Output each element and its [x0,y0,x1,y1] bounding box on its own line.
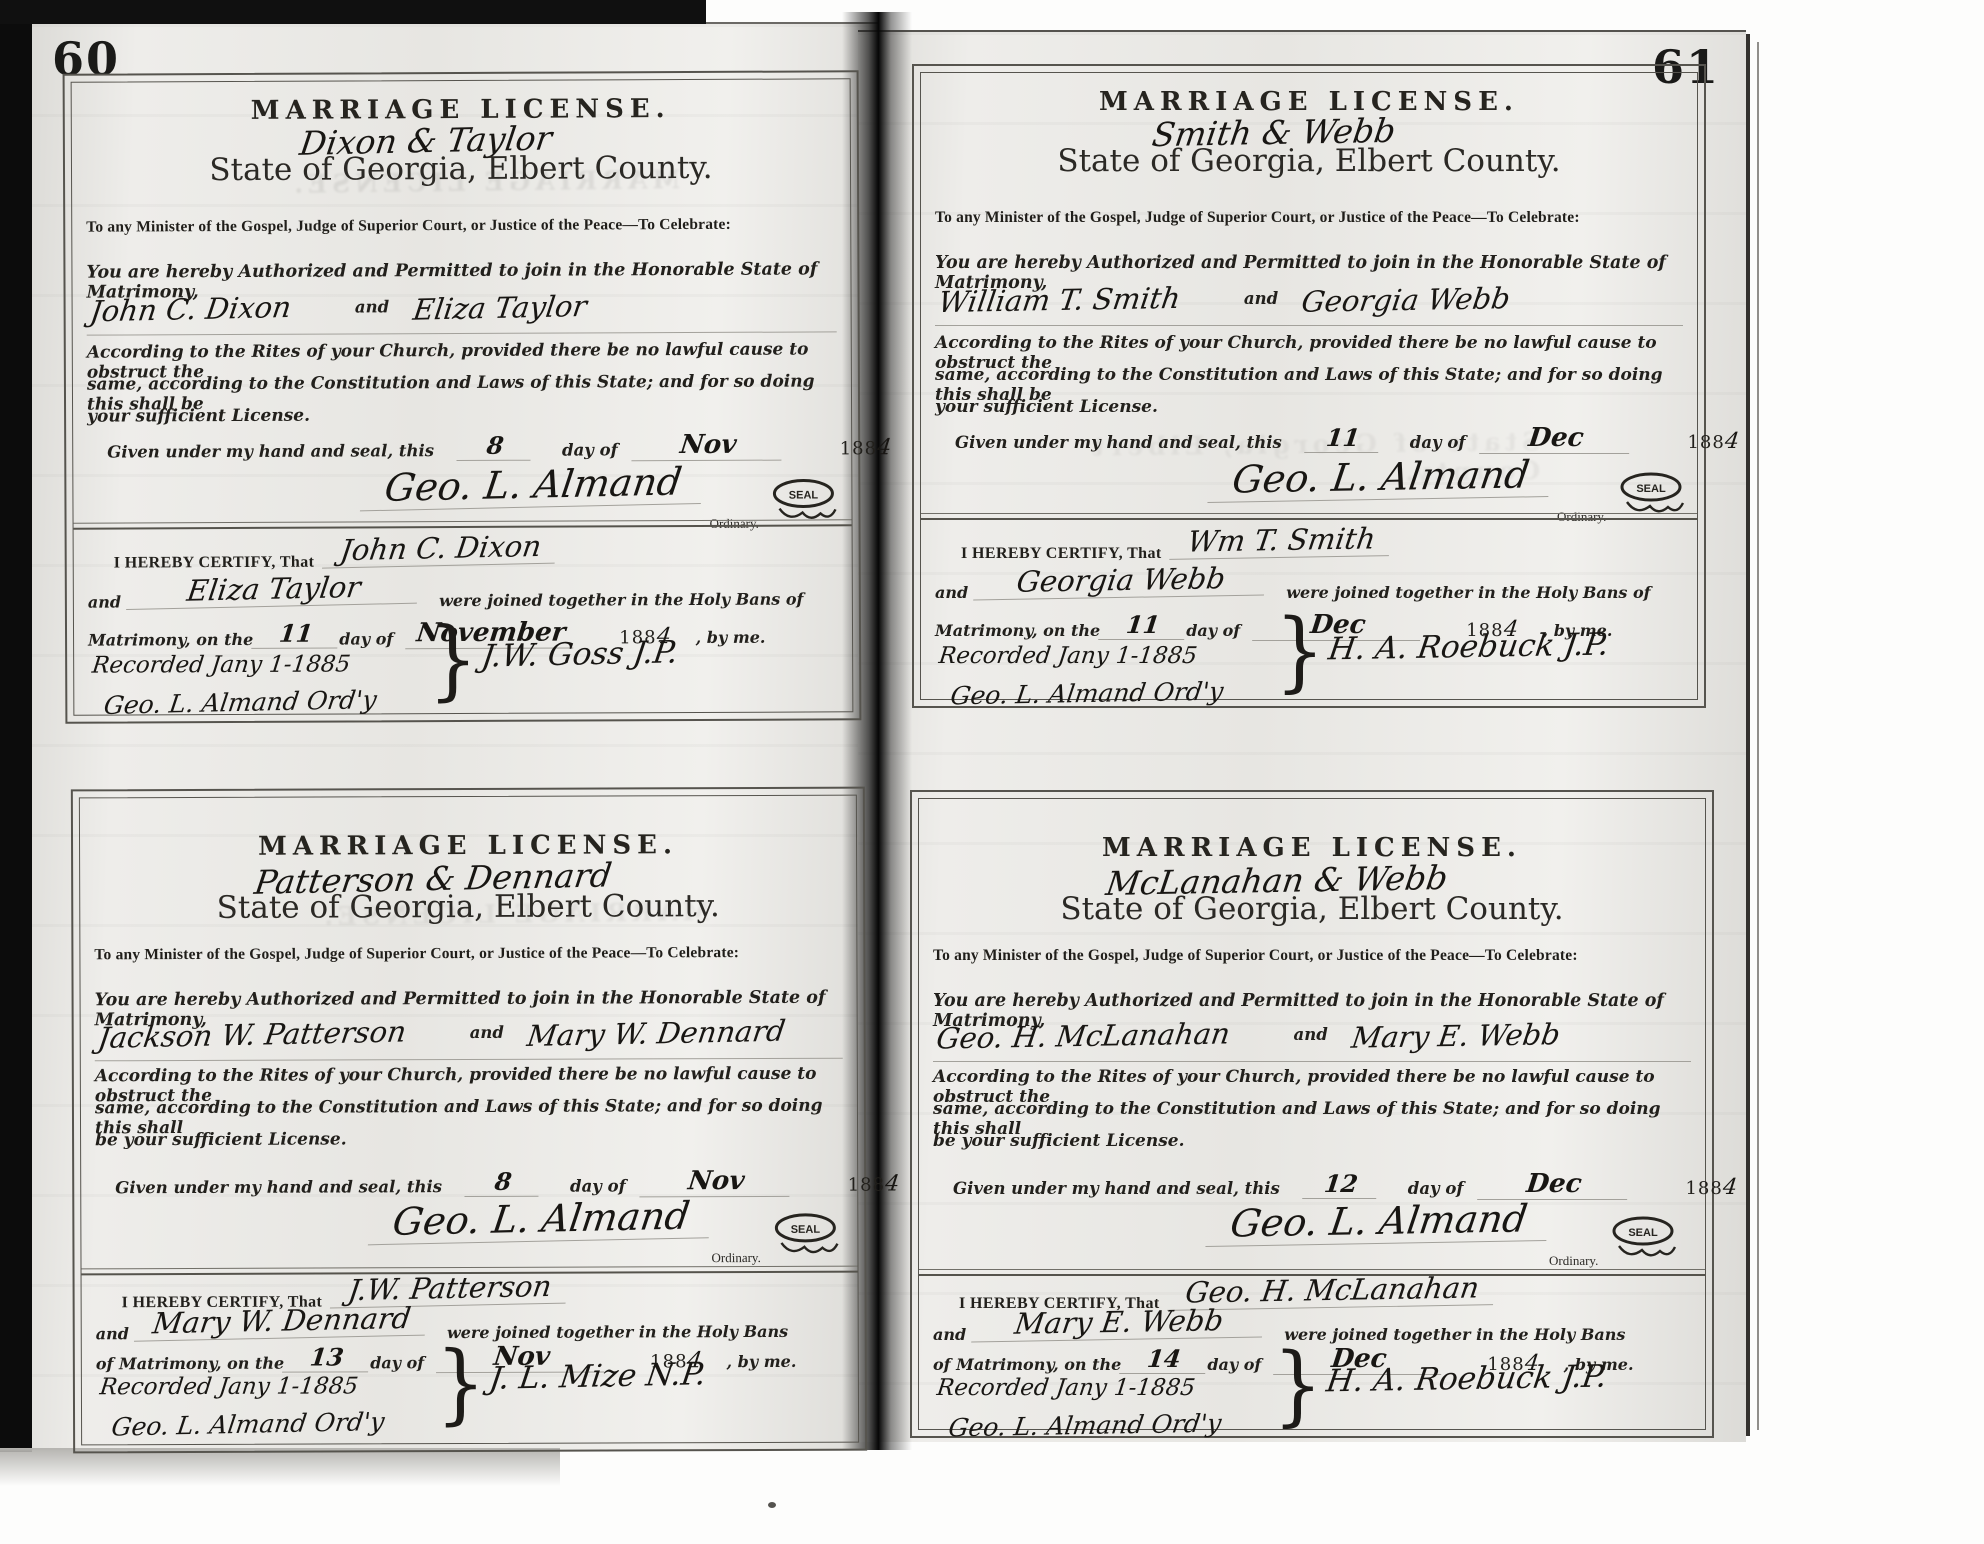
year-digit-handwritten: 4 [1721,1175,1739,1200]
scan-black-border-left [0,0,32,1452]
recorded-note-handwritten: Recorded Jany 1-1885 [935,1375,1196,1401]
minister-address-line: To any Minister of the Gospel, Judge of … [933,947,1697,965]
card-inner-border: MARRIAGE LICENSE. McLanahan & Webb State… [918,798,1706,1430]
ordinary-signature-handwritten: Geo. L. Almand [368,1193,715,1245]
scanned-book-spread: 60 61 MARRIAGE LICENSE. MARRIAGE LICENSE… [0,0,1984,1544]
bans-line: were joined together in the Holy Bans [1284,1325,1625,1344]
officiant-signature-handwritten: J.W. Goss J.P. [479,634,680,674]
married-day-handwritten: 11 [1098,610,1188,640]
rites-line-3: your sufficient License. [87,403,843,426]
bans-line: were joined together in the Holy Bans of [1286,583,1650,602]
recorder-signature-handwritten: Geo. L. Almand Ord'y [949,677,1226,711]
ordinary-signature-handwritten: Geo. L. Almand [360,459,707,511]
closing-brace: } [436,1340,486,1428]
certify-bride-handwritten: Mary W. Dennard [134,1301,430,1342]
given-under-hand-label: Given under my hand and seal, this [115,1177,442,1197]
year-printed: 188 [848,1175,885,1196]
matrimony-line-label: of Matrimony, on the [933,1355,1121,1374]
married-day-handwritten: 11 [251,619,341,649]
svg-text:SEAL: SEAL [1636,483,1666,495]
certify-row-1: I HEREBY CERTIFY, ThatWm T. Smith [961,531,1689,566]
minister-address-line: To any Minister of the Gospel, Judge of … [935,209,1689,227]
license-card-dixon-taylor: MARRIAGE LICENSE. Dixon & Taylor State o… [63,70,862,723]
issued-day-handwritten: 11 [1304,423,1382,453]
and-label: and [935,583,968,602]
seal-icon: SEAL [1607,1215,1683,1269]
closing-brace: } [1275,608,1325,695]
and-label: and [355,297,389,316]
and-label: and [88,592,121,611]
license-card-smith-webb: MARRIAGE LICENSE. Smith & Webb State of … [912,64,1706,708]
recorded-note-handwritten: Recorded Jany 1-1885 [98,1373,359,1400]
state-county-line: State of Georgia, Elbert County. [921,143,1697,179]
issued-year: 1884 [840,438,892,459]
groom-name-handwritten: John C. Dixon [88,290,293,328]
issued-year: 1884 [1687,432,1739,453]
issued-row: Given under my hand and seal, this12day … [953,1171,1697,1202]
matrimony-line-label: of Matrimony, on the [96,1354,284,1374]
scan-black-border-top [0,0,706,24]
year-digit-handwritten: 4 [876,435,894,460]
svg-text:SEAL: SEAL [791,1224,821,1236]
day-of-label: day of [570,1176,626,1195]
year-printed: 188 [1687,432,1724,453]
rites-line-3: be your sufficient License. [933,1131,1697,1151]
bride-name-handwritten: Mary W. Dennard [525,1014,787,1053]
state-county-line: State of Georgia, Elbert County. [80,888,856,927]
seal-icon: SEAL [769,1212,845,1266]
minister-address-line: To any Minister of the Gospel, Judge of … [86,215,842,236]
by-me-label: , by me. [696,628,766,647]
and-label: and [1294,1025,1328,1044]
issued-month-handwritten: Nov [640,1166,794,1198]
recorded-note-handwritten: Recorded Jany 1-1885 [937,643,1198,669]
closing-brace: } [1273,1342,1323,1429]
ordinary-signature-handwritten: Geo. L. Almand [1205,1196,1552,1247]
issued-year: 1884 [1685,1178,1737,1199]
section-divider [921,513,1697,520]
year-printed: 188 [840,438,877,459]
ordinary-label: Ordinary. [711,1250,760,1266]
page-edge-line [1746,34,1750,1436]
groom-name-handwritten: Geo. H. McLanahan [934,1016,1232,1055]
minister-address-line: To any Minister of the Gospel, Judge of … [94,944,848,965]
issued-month-handwritten: Nov [632,430,786,462]
page-edge-line-outer [1757,42,1759,1430]
certify-groom-handwritten: John C. Dixon [322,529,560,569]
issued-day-handwritten: 12 [1302,1169,1380,1199]
officiant-signature-handwritten: H. A. Roebuck J.P. [1326,627,1611,668]
bans-line: were joined together in the Holy Bans [447,1322,788,1342]
state-county-line: State of Georgia, Elbert County. [919,891,1705,927]
ordinary-label: Ordinary. [1549,1253,1598,1269]
scan-speck [768,1502,776,1508]
year-printed: 188 [1685,1178,1722,1199]
svg-text:SEAL: SEAL [1628,1227,1658,1239]
bans-line: were joined together in the Holy Bans of [439,590,803,611]
groom-name-handwritten: William T. Smith [936,281,1182,319]
day-of-label: day of [1207,1355,1261,1374]
certify-label: I HEREBY CERTIFY, That [114,554,315,572]
certify-row-1: I HEREBY CERTIFY, ThatJohn C. Dixon [114,537,844,575]
groom-name-handwritten: Jackson W. Patterson [96,1015,408,1055]
recorder-signature-handwritten: Geo. L. Almand Ord'y [947,1409,1224,1443]
officiant-signature-handwritten: H. A. Roebuck J.P. [1324,1359,1609,1400]
by-me-label: , by me. [726,1352,796,1371]
names-row: Jackson W. PattersonandMary W. Dennard [95,1016,843,1062]
and-label: and [470,1023,504,1042]
day-of-label: day of [1408,1179,1464,1198]
closing-brace: } [428,616,478,704]
matrimony-line-label: Matrimony, on the [935,621,1100,640]
card-inner-border: MARRIAGE LICENSE. Smith & Webb State of … [920,72,1698,700]
bride-name-handwritten: Eliza Taylor [411,289,589,327]
matrimony-line-label: Matrimony, on the [88,630,253,650]
svg-text:SEAL: SEAL [789,489,819,501]
license-card-mclanahan-webb: MARRIAGE LICENSE. McLanahan & Webb State… [910,790,1714,1438]
married-day-handwritten: 13 [282,1342,372,1372]
certify-label: I HEREBY CERTIFY, That [961,545,1162,562]
certify-bride-handwritten: Georgia Webb [973,560,1269,600]
bride-name-handwritten: Georgia Webb [1299,281,1512,319]
day-of-label: day of [370,1353,424,1372]
given-under-hand-label: Given under my hand and seal, this [955,433,1282,452]
issued-row: Given under my hand and seal, this8day o… [115,1168,849,1202]
ordinary-signature-handwritten: Geo. L. Almand [1207,452,1554,503]
married-day-handwritten: 14 [1119,1344,1209,1374]
card-inner-border: MARRIAGE LICENSE. Dixon & Taylor State o… [71,78,854,715]
year-digit-handwritten: 4 [884,1171,902,1196]
and-label: and [1244,289,1278,308]
and-label: and [933,1325,966,1344]
page-bottom-shadow [0,1448,560,1486]
recorder-signature-handwritten: Geo. L. Almand Ord'y [102,685,379,720]
recorded-note-handwritten: Recorded Jany 1-1885 [91,651,352,678]
issued-row: Given under my hand and seal, this11day … [955,425,1689,456]
card-inner-border: MARRIAGE LICENSE. Patterson & Dennard St… [79,795,859,1446]
rites-line-3: your sufficient License. [935,397,1689,417]
state-county-line: State of Georgia, Elbert County. [72,149,850,188]
issued-year: 1884 [848,1174,900,1195]
rites-line-3: be your sufficient License. [95,1128,849,1151]
issued-month-handwritten: Dec [1478,1169,1632,1200]
issued-month-handwritten: Dec [1480,423,1634,454]
names-row: Geo. H. McLanahanandMary E. Webb [933,1019,1691,1062]
given-under-hand-label: Given under my hand and seal, this [953,1179,1280,1198]
issued-day-handwritten: 8 [456,431,534,461]
certify-bride-handwritten: Eliza Taylor [126,569,422,610]
year-digit-handwritten: 4 [1723,429,1741,454]
names-row: John C. DixonandEliza Taylor [87,289,837,335]
day-of-label: day of [1410,433,1466,452]
issued-day-handwritten: 8 [464,1167,542,1197]
certify-groom-handwritten: Wm T. Smith [1169,521,1394,560]
license-card-patterson-dennard: MARRIAGE LICENSE. Patterson & Dennard St… [71,787,867,1454]
bride-name-handwritten: Mary E. Webb [1349,1017,1562,1055]
day-of-label: day of [1186,621,1240,640]
recorder-signature-handwritten: Geo. L. Almand Ord'y [110,1407,387,1442]
day-of-label: day of [562,440,618,459]
given-under-hand-label: Given under my hand and seal, this [107,441,434,461]
and-label: and [96,1324,129,1343]
names-row: William T. SmithandGeorgia Webb [935,283,1683,326]
certify-bride-handwritten: Mary E. Webb [971,1302,1267,1342]
day-of-label: day of [339,629,393,648]
officiant-signature-handwritten: J. L. Mize N.P. [487,1356,708,1397]
issued-row: Given under my hand and seal, this8day o… [107,431,843,465]
